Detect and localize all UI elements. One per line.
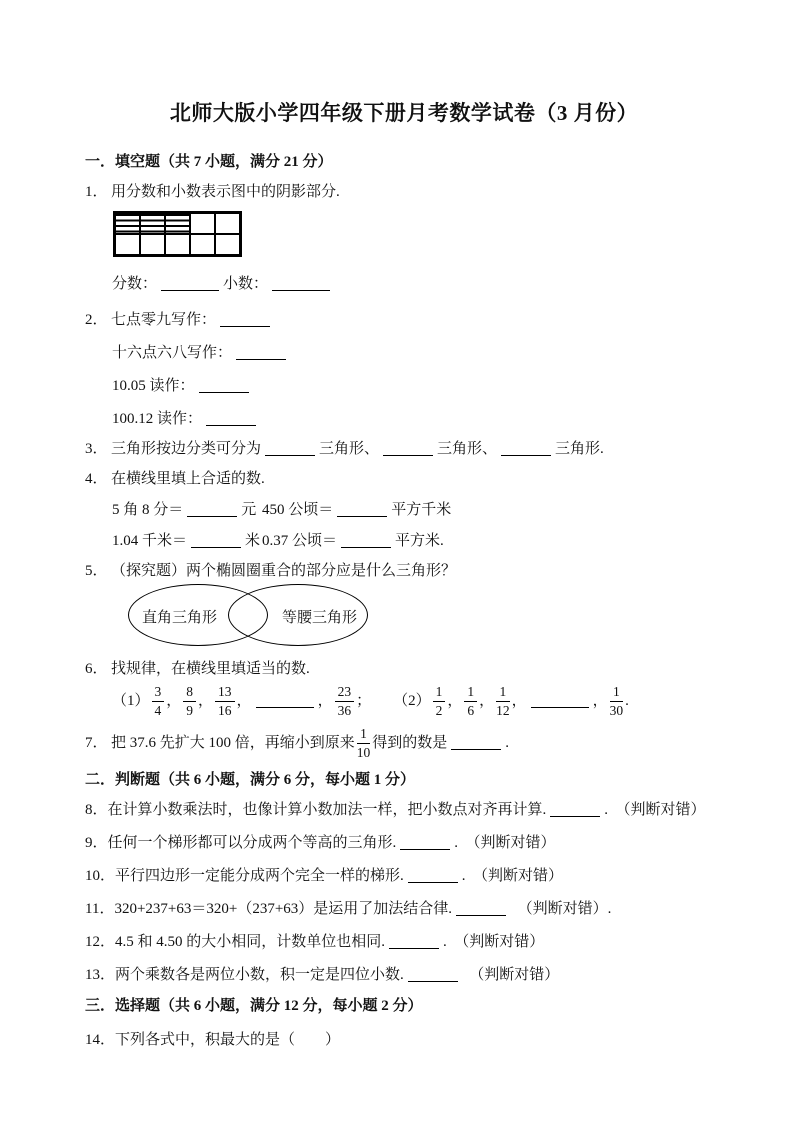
separator: ，	[479, 693, 494, 709]
venn-label-left: 直角三角形	[142, 606, 217, 627]
question-4-item-2-post: 平方千米	[391, 502, 451, 518]
question-4-item-1-post: 元	[241, 502, 256, 518]
question-1-text: 用分数和小数表示图中的阴影部分.	[111, 184, 340, 200]
blank-underline	[400, 834, 450, 850]
grid-row-1	[115, 213, 240, 234]
grid-cell	[215, 213, 240, 234]
question-8-text: 在计算小数乘法时，也像计算小数加法一样，把小数点对齐再计算.	[108, 802, 547, 818]
grid-cell	[140, 234, 165, 255]
blank-underline	[531, 692, 589, 708]
question-4-item-4-pre: 0.37 公顷＝	[262, 533, 337, 549]
seq2-prefix: （2）	[393, 693, 431, 709]
question-2-line-3: 10.05 读作：	[112, 375, 723, 397]
blank-underline	[265, 440, 315, 456]
question-9-after: .	[454, 835, 458, 851]
question-3: 3．三角形按边分类可分为三角形、三角形、三角形.	[85, 438, 723, 460]
question-4-item-1-pre: 5 角 8 分＝	[112, 502, 183, 518]
question-13-text: 两个乘数各是两位小数，积一定是四位小数.	[115, 967, 404, 983]
blank-underline	[337, 501, 387, 517]
question-9: 9．任何一个梯形都可以分成两个等高的三角形.. （判断对错）	[85, 832, 723, 854]
separator: ，	[237, 693, 252, 709]
fraction-numerator: 1	[464, 685, 477, 702]
fraction: 1316	[215, 685, 235, 717]
question-7-pre: 把 37.6 先扩大 100 倍，再缩小到原来	[111, 735, 355, 751]
question-4-row-1: 5 角 8 分＝元450 公顷＝平方千米	[112, 499, 723, 521]
separator: ，	[166, 693, 181, 709]
grid-cell-shaded	[140, 213, 165, 234]
question-13: 13．两个乘数各是两位小数，积一定是四位小数. （判断对错）	[85, 964, 723, 986]
question-4-number: 4．	[85, 468, 111, 490]
question-4-item-2-pre: 450 公顷＝	[262, 502, 333, 518]
grid-cell	[115, 234, 140, 255]
question-2-line-3-label: 10.05 读作：	[112, 378, 195, 394]
question-9-text: 任何一个梯形都可以分成两个等高的三角形.	[108, 835, 397, 851]
question-5-number: 5．	[85, 560, 111, 582]
question-3-seg3: 三角形.	[555, 441, 604, 457]
blank-underline	[199, 377, 249, 393]
blank-underline	[236, 344, 286, 360]
question-11: 11．320+237+63＝320+（237+63）是运用了加法结合律. （判断…	[85, 898, 723, 920]
question-4-item-2: 450 公顷＝平方千米	[262, 502, 451, 518]
grid-cell-shaded	[115, 213, 140, 234]
fraction-denominator: 30	[610, 702, 624, 718]
fraction: 89	[183, 685, 196, 717]
fraction-denominator: 6	[464, 702, 477, 718]
question-8-tag: （判断对错）	[623, 802, 706, 818]
question-4-item-4: 0.37 公顷＝平方米.	[262, 533, 444, 549]
question-3-seg2: 三角形、	[437, 441, 497, 457]
fraction-numerator: 3	[152, 685, 165, 702]
question-10-after: .	[462, 868, 466, 884]
section-3-header: 三．选择题（共 6 小题，满分 12 分，每小题 2 分）	[85, 996, 723, 1016]
fraction-numerator: 8	[183, 685, 196, 702]
question-5-text: （探究题）两个椭圆圈重合的部分应是什么三角形？	[111, 563, 456, 579]
fraction-label: 分数：	[112, 276, 157, 292]
exam-paper-page: 北师大版小学四年级下册月考数学试卷（3 月份） 一．填空题（共 7 小题，满分 …	[0, 0, 793, 1122]
fraction-numerator: 1	[433, 685, 446, 702]
question-2-line-4-label: 100.12 读作：	[112, 411, 202, 427]
blank-underline	[383, 440, 433, 456]
question-13-tag: （判断对错）	[477, 967, 560, 983]
blank-underline	[389, 933, 439, 949]
question-4-text: 在横线里填上合适的数.	[111, 471, 265, 487]
section-1-header: 一．填空题（共 7 小题，满分 21 分）	[85, 152, 723, 172]
question-4: 4．在横线里填上合适的数.	[85, 468, 723, 490]
question-4-item-1: 5 角 8 分＝元	[112, 499, 262, 521]
blank-underline	[408, 966, 458, 982]
question-6-text: 找规律，在横线里填适当的数.	[111, 661, 310, 677]
blank-underline	[220, 311, 270, 327]
question-14-number: 14．	[85, 1032, 115, 1048]
question-2: 2．七点零九写作：	[85, 309, 723, 331]
separator: ，	[593, 693, 608, 709]
decimal-label: 小数：	[223, 276, 268, 292]
blank-underline	[191, 532, 241, 548]
question-4-row-2: 1.04 千米＝米0.37 公顷＝平方米.	[112, 530, 723, 552]
fraction-denominator: 36	[335, 702, 355, 718]
question-1-figure-wrap	[85, 207, 723, 273]
blank-underline	[272, 275, 330, 291]
shaded-grid-figure	[113, 211, 242, 257]
grid-row-2	[115, 234, 240, 255]
question-2-line-2: 十六点六八写作：	[112, 342, 723, 364]
fraction-numerator: 1	[496, 685, 510, 702]
grid-cell	[190, 213, 215, 234]
question-3-seg1: 三角形、	[319, 441, 379, 457]
fraction: 112	[496, 685, 510, 717]
question-11-tag: （判断对错）.	[525, 901, 611, 917]
fraction-numerator: 1	[357, 727, 371, 744]
question-4-item-3: 1.04 千米＝米	[112, 530, 262, 552]
question-10-number: 10．	[85, 868, 115, 884]
question-4-item-3-pre: 1.04 千米＝	[112, 533, 187, 549]
venn-diagram: 直角三角形 等腰三角形	[100, 584, 390, 648]
fraction: 16	[464, 685, 477, 717]
blank-underline	[408, 867, 458, 883]
question-1-number: 1．	[85, 181, 111, 203]
fraction-denominator: 10	[357, 744, 371, 760]
seq2-tail: .	[625, 693, 629, 709]
fraction-numerator: 23	[335, 685, 355, 702]
question-10: 10．平行四边形一定能分成两个完全一样的梯形.. （判断对错）	[85, 865, 723, 887]
question-7-post: 得到的数是	[372, 735, 447, 751]
fraction: 130	[610, 685, 624, 717]
question-8: 8．在计算小数乘法时，也像计算小数加法一样，把小数点对齐再计算.. （判断对错）	[85, 799, 723, 821]
fraction-denominator: 12	[496, 702, 510, 718]
question-7: 7．把 37.6 先扩大 100 倍，再缩小到原来110得到的数是.	[85, 724, 723, 762]
question-7-end: .	[505, 735, 509, 751]
question-10-tag: （判断对错）	[481, 868, 564, 884]
fraction-denominator: 4	[152, 702, 165, 718]
fraction: 110	[357, 727, 371, 759]
question-4-item-4-post: 平方米.	[395, 533, 444, 549]
question-5: 5．（探究题）两个椭圆圈重合的部分应是什么三角形？	[85, 560, 723, 582]
question-3-seg0: 三角形按边分类可分为	[111, 441, 261, 457]
separator: ，	[198, 693, 213, 709]
fraction-denominator: 16	[215, 702, 235, 718]
blank-underline	[550, 801, 600, 817]
question-9-tag: （判断对错）	[473, 835, 556, 851]
question-4-item-3-post: 米	[245, 533, 260, 549]
blank-underline	[161, 275, 219, 291]
blank-underline	[451, 734, 501, 750]
separator: ，	[447, 693, 462, 709]
question-13-number: 13．	[85, 967, 115, 983]
blank-underline	[501, 440, 551, 456]
question-6: 6．找规律，在横线里填适当的数.	[85, 658, 723, 680]
blank-underline	[456, 900, 506, 916]
question-10-text: 平行四边形一定能分成两个完全一样的梯形.	[115, 868, 404, 884]
question-12: 12．4.5 和 4.50 的大小相同，计数单位也相同.. （判断对错）	[85, 931, 723, 953]
fraction: 2336	[335, 685, 355, 717]
question-6-sequences: （1）34，89，1316，，2336；（2）12，16，112，，130.	[112, 682, 723, 720]
blank-underline	[256, 692, 314, 708]
question-2-number: 2．	[85, 309, 111, 331]
question-12-text: 4.5 和 4.50 的大小相同，计数单位也相同.	[115, 934, 385, 950]
grid-cell	[190, 234, 215, 255]
grid-cell	[215, 234, 240, 255]
separator: ，	[512, 693, 527, 709]
question-9-number: 9．	[85, 835, 108, 851]
seq1-prefix: （1）	[112, 693, 150, 709]
question-2-line-1-label: 七点零九写作：	[111, 312, 216, 328]
question-11-number: 11．	[85, 901, 114, 917]
question-6-number: 6．	[85, 658, 111, 680]
grid-cell-shaded	[165, 213, 190, 234]
question-14-text: 下列各式中，积最大的是（ ）	[115, 1032, 340, 1048]
page-title: 北师大版小学四年级下册月考数学试卷（3 月份）	[85, 100, 723, 126]
blank-underline	[187, 501, 237, 517]
question-14: 14．下列各式中，积最大的是（ ）	[85, 1029, 723, 1051]
question-12-number: 12．	[85, 934, 115, 950]
seq1-tail: ；	[356, 693, 371, 709]
fraction: 34	[152, 685, 165, 717]
question-1-answers: 分数：小数：	[112, 273, 723, 295]
venn-label-right: 等腰三角形	[282, 606, 357, 627]
question-1: 1．用分数和小数表示图中的阴影部分.	[85, 181, 723, 203]
question-3-number: 3．	[85, 438, 111, 460]
blank-underline	[206, 410, 256, 426]
grid-cell	[165, 234, 190, 255]
question-7-number: 7．	[85, 724, 111, 762]
question-12-tag: （判断对错）	[462, 934, 545, 950]
question-8-after: .	[604, 802, 608, 818]
separator: ，	[318, 693, 333, 709]
fraction-numerator: 13	[215, 685, 235, 702]
fraction: 12	[433, 685, 446, 717]
fraction-denominator: 2	[433, 702, 446, 718]
question-2-line-2-label: 十六点六八写作：	[112, 345, 232, 361]
fraction-denominator: 9	[183, 702, 196, 718]
question-11-text: 320+237+63＝320+（237+63）是运用了加法结合律.	[114, 901, 452, 917]
section-2-header: 二．判断题（共 6 小题，满分 6 分，每小题 1 分）	[85, 770, 723, 790]
question-2-line-4: 100.12 读作：	[112, 408, 723, 430]
question-8-number: 8．	[85, 802, 108, 818]
question-12-after: .	[443, 934, 447, 950]
blank-underline	[341, 532, 391, 548]
fraction-numerator: 1	[610, 685, 624, 702]
